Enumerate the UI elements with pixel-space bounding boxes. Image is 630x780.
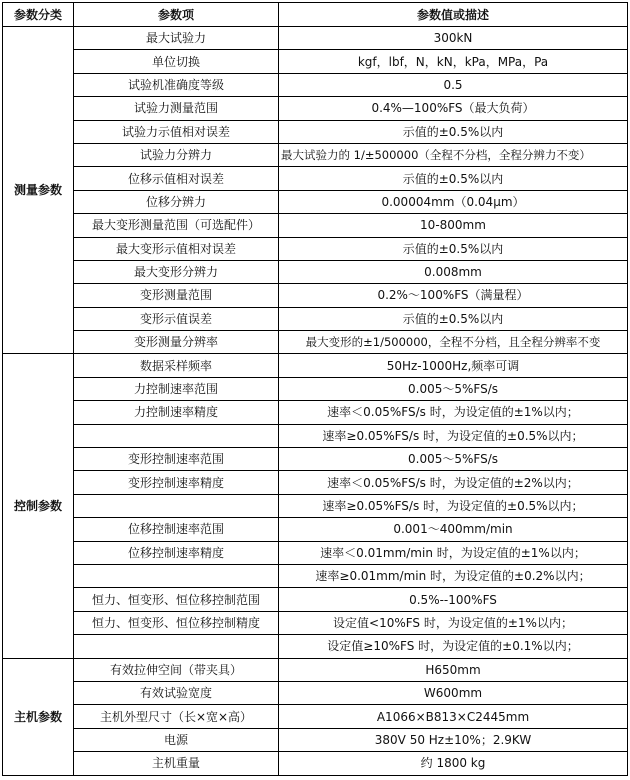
table-row: 测量参数 最大试验力 300kN: [3, 27, 628, 50]
param-value: 速率≥0.05%FS/s 时，为设定值的±0.5%以内；: [279, 494, 628, 517]
table-row: 力控制速率范围0.005～5%FS/s: [3, 377, 628, 400]
table-row: 位移控制速率范围0.001～400mm/min: [3, 518, 628, 541]
param-item: 变形示值误差: [74, 307, 279, 330]
param-value: 0.00004mm（0.04μm）: [279, 190, 628, 213]
table-row: 变形测量分辨率最大变形的±1/500000，全程不分档，且全程分辨率不变: [3, 331, 628, 354]
table-row: 试验力测量范围0.4%—100%FS（最大负荷）: [3, 97, 628, 120]
table-row: 最大变形示值相对误差示值的±0.5%以内: [3, 237, 628, 260]
param-item: 试验力分辨力: [74, 143, 279, 166]
param-value: 最大试验力的 1/±500000（全程不分档，全程分辨力不变）: [279, 143, 628, 166]
table-row: 变形测量范围0.2%～100%FS（满量程）: [3, 284, 628, 307]
table-row: 试验机准确度等级0.5: [3, 73, 628, 96]
param-value: 0.001～400mm/min: [279, 518, 628, 541]
param-item: 试验机准确度等级: [74, 73, 279, 96]
param-item: 变形测量范围: [74, 284, 279, 307]
param-value: 0.008mm: [279, 260, 628, 283]
param-value: 示值的±0.5%以内: [279, 120, 628, 143]
param-item: 最大变形分辨力: [74, 260, 279, 283]
param-value: A1066×B813×C2445mm: [279, 705, 628, 728]
table-row: 位移控制速率精度速率＜0.01mm/min 时，为设定值的±1%以内；: [3, 541, 628, 564]
param-item: [74, 494, 279, 517]
param-value: 速率＜0.05%FS/s 时，为设定值的±1%以内；: [279, 401, 628, 424]
header-row: 参数分类 参数项 参数值或描述: [3, 3, 628, 27]
param-item: 恒力、恒变形、恒位移控制精度: [74, 611, 279, 634]
category-measurement: 测量参数: [3, 27, 74, 354]
param-value: H650mm: [279, 658, 628, 681]
param-item: 位移示值相对误差: [74, 167, 279, 190]
table-row: 变形控制速率范围0.005～5%FS/s: [3, 448, 628, 471]
param-value: 速率≥0.05%FS/s 时，为设定值的±0.5%以内；: [279, 424, 628, 447]
table-row: 变形示值误差示值的±0.5%以内: [3, 307, 628, 330]
table-row: 变形控制速率精度速率＜0.05%FS/s 时，为设定值的±2%以内；: [3, 471, 628, 494]
param-item: [74, 635, 279, 658]
category-control: 控制参数: [3, 354, 74, 658]
table-row: 试验力示值相对误差示值的±0.5%以内: [3, 120, 628, 143]
param-item: 主机重量: [74, 752, 279, 775]
param-value: 设定值≥10%FS 时，为设定值的±0.1%以内；: [279, 635, 628, 658]
header-value: 参数值或描述: [279, 3, 628, 27]
param-item: 有效拉伸空间（带夹具）: [74, 658, 279, 681]
param-value: 0.5: [279, 73, 628, 96]
table-row: 主机重量约 1800 kg: [3, 752, 628, 775]
table-row: 主机参数 有效拉伸空间（带夹具） H650mm: [3, 658, 628, 681]
table-row: 恒力、恒变形、恒位移控制范围0.5%--100%FS: [3, 588, 628, 611]
table-row: 速率≥0.01mm/min 时，为设定值的±0.2%以内；: [3, 564, 628, 587]
param-item: 位移分辨力: [74, 190, 279, 213]
param-value: 约 1800 kg: [279, 752, 628, 775]
table-row: 主机外型尺寸（长×宽×高）A1066×B813×C2445mm: [3, 705, 628, 728]
param-item: 试验力测量范围: [74, 97, 279, 120]
param-value: 0.2%～100%FS（满量程）: [279, 284, 628, 307]
param-value: W600mm: [279, 681, 628, 704]
table-row: 位移示值相对误差示值的±0.5%以内: [3, 167, 628, 190]
category-host: 主机参数: [3, 658, 74, 775]
param-value: 设定值<10%FS 时，为设定值的±1%以内；: [279, 611, 628, 634]
param-item: 最大变形示值相对误差: [74, 237, 279, 260]
table-row: 速率≥0.05%FS/s 时，为设定值的±0.5%以内；: [3, 494, 628, 517]
param-value: 0.5%--100%FS: [279, 588, 628, 611]
header-category: 参数分类: [3, 3, 74, 27]
table-row: 力控制速率精度速率＜0.05%FS/s 时，为设定值的±1%以内；: [3, 401, 628, 424]
param-item: 试验力示值相对误差: [74, 120, 279, 143]
param-item: 力控制速率精度: [74, 401, 279, 424]
param-value: 速率＜0.05%FS/s 时，为设定值的±2%以内；: [279, 471, 628, 494]
param-value: 最大变形的±1/500000，全程不分档，且全程分辨率不变: [279, 331, 628, 354]
param-item: 主机外型尺寸（长×宽×高）: [74, 705, 279, 728]
param-value: kgf，lbf，N，kN，kPa，MPa，Pa: [279, 50, 628, 73]
table-row: 控制参数 数据采样频率 50Hz-1000Hz,频率可调: [3, 354, 628, 377]
param-value: 50Hz-1000Hz,频率可调: [279, 354, 628, 377]
param-value: 示值的±0.5%以内: [279, 307, 628, 330]
param-item: 数据采样频率: [74, 354, 279, 377]
table-row: 最大变形测量范围（可选配件）10-800mm: [3, 214, 628, 237]
param-item: 最大变形测量范围（可选配件）: [74, 214, 279, 237]
param-item: [74, 564, 279, 587]
param-item: 位移控制速率范围: [74, 518, 279, 541]
param-item: 变形控制速率范围: [74, 448, 279, 471]
param-item: 恒力、恒变形、恒位移控制范围: [74, 588, 279, 611]
param-value: 速率＜0.01mm/min 时，为设定值的±1%以内；: [279, 541, 628, 564]
table-row: 有效试验宽度W600mm: [3, 681, 628, 704]
param-item: 变形控制速率精度: [74, 471, 279, 494]
param-value: 示值的±0.5%以内: [279, 167, 628, 190]
param-item: 单位切换: [74, 50, 279, 73]
table-row: 试验力分辨力最大试验力的 1/±500000（全程不分档，全程分辨力不变）: [3, 143, 628, 166]
param-item: [74, 424, 279, 447]
param-value: 10-800mm: [279, 214, 628, 237]
header-item: 参数项: [74, 3, 279, 27]
table-row: 设定值≥10%FS 时，为设定值的±0.1%以内；: [3, 635, 628, 658]
param-item: 电源: [74, 728, 279, 751]
spec-table: 参数分类 参数项 参数值或描述 测量参数 最大试验力 300kN 单位切换kgf…: [2, 2, 628, 776]
param-value: 0.005～5%FS/s: [279, 448, 628, 471]
param-item: 有效试验宽度: [74, 681, 279, 704]
table-row: 电源380V 50 Hz±10%；2.9KW: [3, 728, 628, 751]
param-item: 变形测量分辨率: [74, 331, 279, 354]
param-item: 力控制速率范围: [74, 377, 279, 400]
param-value: 示值的±0.5%以内: [279, 237, 628, 260]
param-item: 最大试验力: [74, 27, 279, 50]
param-item: 位移控制速率精度: [74, 541, 279, 564]
table-row: 位移分辨力0.00004mm（0.04μm）: [3, 190, 628, 213]
param-value: 速率≥0.01mm/min 时，为设定值的±0.2%以内；: [279, 564, 628, 587]
table-row: 速率≥0.05%FS/s 时，为设定值的±0.5%以内；: [3, 424, 628, 447]
table-row: 单位切换kgf，lbf，N，kN，kPa，MPa，Pa: [3, 50, 628, 73]
table-row: 最大变形分辨力0.008mm: [3, 260, 628, 283]
table-row: 恒力、恒变形、恒位移控制精度设定值<10%FS 时，为设定值的±1%以内；: [3, 611, 628, 634]
param-value: 0.4%—100%FS（最大负荷）: [279, 97, 628, 120]
param-value: 380V 50 Hz±10%；2.9KW: [279, 728, 628, 751]
param-value: 0.005～5%FS/s: [279, 377, 628, 400]
param-value: 300kN: [279, 27, 628, 50]
